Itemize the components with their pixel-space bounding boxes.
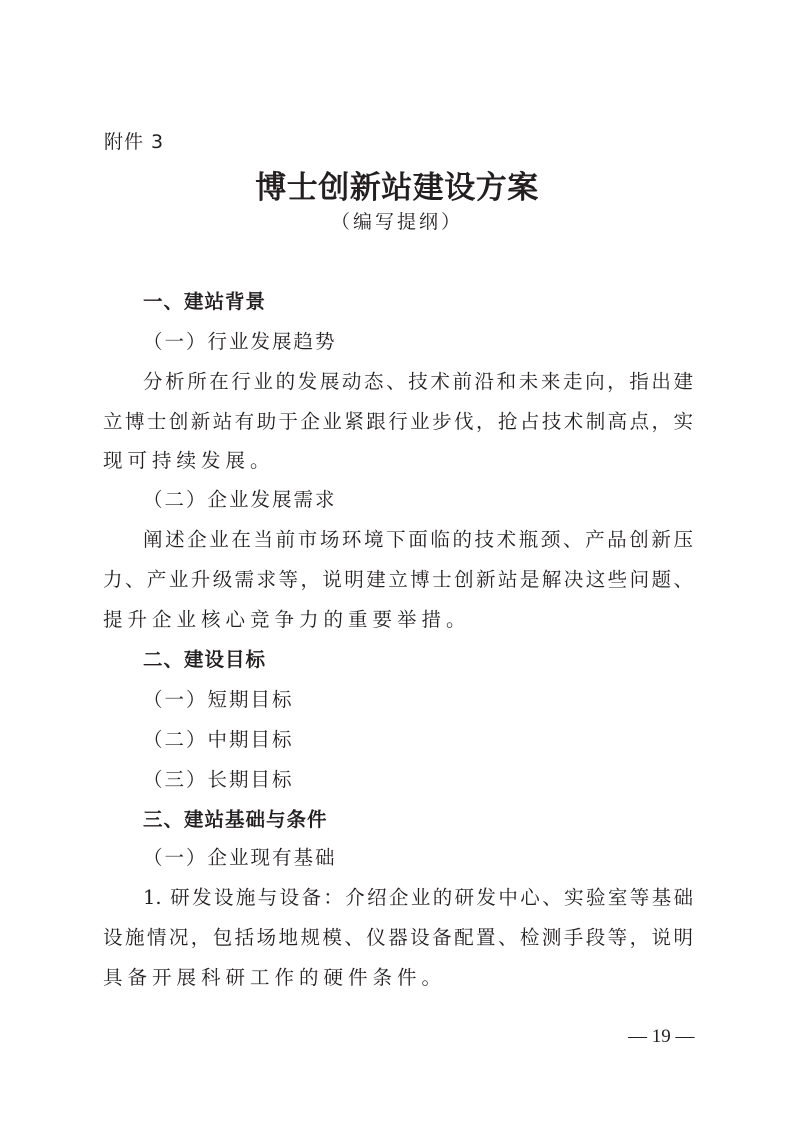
section-heading: 二、建设目标 [143,647,733,673]
paragraph-line: 具备开展科研工作的硬件条件。 [103,965,693,991]
subsection-heading: （一）短期目标 [143,687,733,713]
document-subtitle: （编写提纲） [0,209,794,235]
subsection-heading: （二）企业发展需求 [143,487,733,513]
document-title: 博士创新站建设方案 [0,168,794,208]
paragraph-line: 分析所在行业的发展动态、技术前沿和未来走向，指出建 [143,369,693,395]
attachment-label: 附件 3 [104,130,164,154]
paragraph-line: 提升企业核心竞争力的重要举措。 [103,607,693,633]
subsection-heading: （一）行业发展趋势 [143,329,733,355]
paragraph-line: 立博士创新站有助于企业紧跟行业步伐，抢占技术制高点，实 [103,409,693,435]
document-page: 附件 3 博士创新站建设方案 （编写提纲） 一、建站背景 （一）行业发展趋势 分… [0,0,794,1123]
subsection-heading: （三）长期目标 [143,767,733,793]
section-heading: 三、建站基础与条件 [143,807,733,833]
paragraph-line: 阐述企业在当前市场环境下面临的技术瓶颈、产品创新压 [143,527,693,553]
section-heading: 一、建站背景 [143,289,733,315]
paragraph-line: 1. 研发设施与设备：介绍企业的研发中心、实验室等基础 [143,885,693,911]
subsection-heading: （一）企业现有基础 [143,845,733,871]
paragraph-line: 力、产业升级需求等，说明建立博士创新站是解决这些问题、 [103,567,693,593]
paragraph-line: 现可持续发展。 [103,448,693,474]
subsection-heading: （二）中期目标 [143,727,733,753]
paragraph-line: 设施情况，包括场地规模、仪器设备配置、检测手段等，说明 [103,925,693,951]
page-number: — 19 — [628,1024,695,1050]
